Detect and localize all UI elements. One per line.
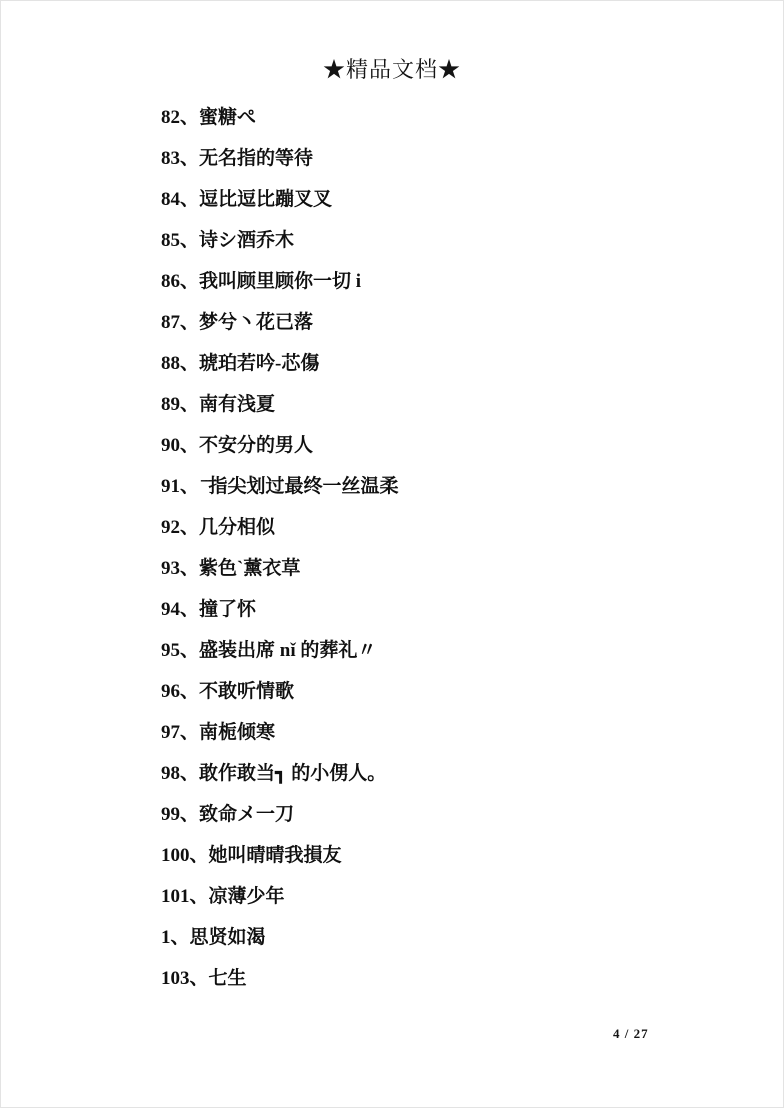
list-item: 96、不敢听情歌: [161, 671, 721, 712]
document-header-title: ★精品文档★: [1, 53, 783, 84]
list-item: 86、我叫顾里顾你一切 i: [161, 261, 721, 302]
list-item: 82、蜜糖ぺ: [161, 97, 721, 138]
list-item: 103、七生: [161, 958, 721, 999]
list-item: 85、诗シ酒乔木: [161, 220, 721, 261]
list-item: 100、她叫晴晴我損友: [161, 835, 721, 876]
list-item: 83、无名指的等待: [161, 138, 721, 179]
list-item: 98、敢作敢当┓ 的小侽人。: [161, 753, 721, 794]
list-item: 99、致命メ一刀: [161, 794, 721, 835]
page-number: 4 / 27: [613, 1026, 649, 1042]
list-item: 88、琥珀若吟-芯傷: [161, 343, 721, 384]
list-item: 94、撞了怀: [161, 589, 721, 630]
list-item: 84、逗比逗比蹦叉叉: [161, 179, 721, 220]
list-item: 93、紫色`薰衣草: [161, 548, 721, 589]
list-item: 97、南栀倾寒: [161, 712, 721, 753]
list-item: 87、梦兮丶花已落: [161, 302, 721, 343]
nickname-list: 82、蜜糖ぺ83、无名指的等待84、逗比逗比蹦叉叉85、诗シ酒乔木86、我叫顾里…: [161, 97, 721, 999]
list-item: 95、盛装出席 nǐ 的葬礼〃: [161, 630, 721, 671]
document-page: ★精品文档★ 82、蜜糖ぺ83、无名指的等待84、逗比逗比蹦叉叉85、诗シ酒乔木…: [0, 0, 784, 1108]
list-item: 91、 ̄ ̄指尖划过最终一丝温柔: [161, 466, 721, 507]
list-item: 1、思贤如渴: [161, 917, 721, 958]
list-item: 89、南有浅夏: [161, 384, 721, 425]
list-item: 92、几分相似: [161, 507, 721, 548]
list-item: 90、不安分的男人: [161, 425, 721, 466]
list-item: 101、凉薄少年: [161, 876, 721, 917]
